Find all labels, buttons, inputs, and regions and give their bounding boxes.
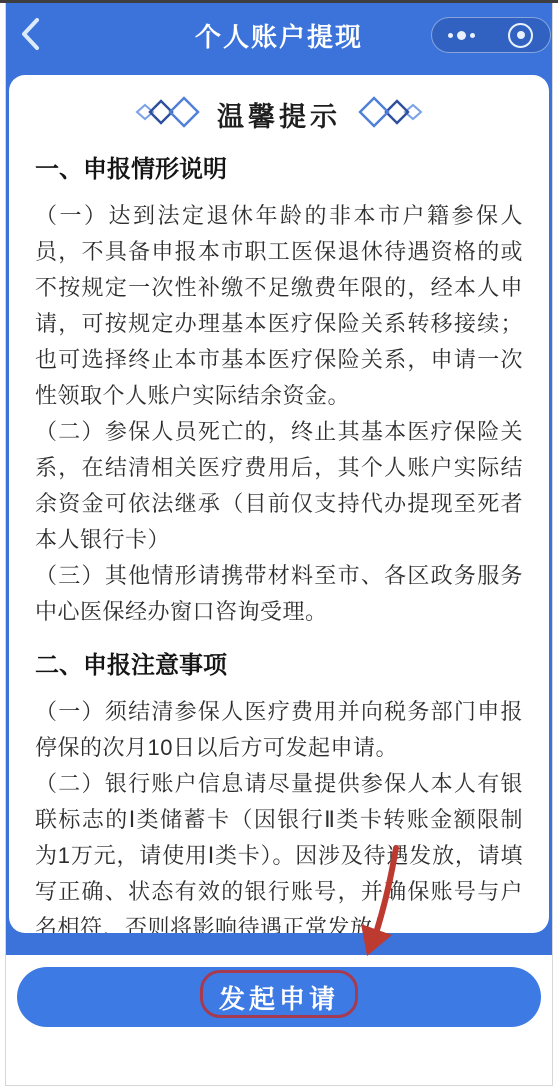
diamond-decoration-left-icon (135, 95, 203, 134)
section-declaration-cases: 一、申报情形说明 （一）达到法定退休年龄的非本市户籍参保人员，不具备申报本市职工… (35, 156, 523, 630)
section-heading: 二、申报注意事项 (35, 652, 523, 680)
notice-card: 温馨提示 一、申报情形说明 （一）达到法定退休年龄的非本市户籍参 (9, 75, 549, 933)
nav-bar: 个人账户提现 (6, 3, 552, 67)
miniprogram-screen: 个人账户提现 (0, 0, 558, 1086)
card-title: 温馨提示 (217, 95, 341, 134)
paragraph: （一）须结清参保人医疗费用并向税务部门申报停保的次月10日以后方可发起申请。 (35, 694, 523, 766)
page-frame: 个人账户提现 (5, 3, 553, 1086)
diamond-decoration-right-icon (355, 95, 423, 134)
footer-bar: 发起申请 (6, 955, 552, 1085)
back-button[interactable] (10, 13, 50, 57)
miniprogram-capsule (431, 17, 551, 53)
page-background: 个人账户提现 (6, 3, 552, 955)
chevron-left-icon (19, 16, 41, 55)
exit-circle-icon (508, 23, 533, 48)
more-options-button[interactable] (432, 18, 491, 52)
more-dots-icon (448, 31, 475, 40)
submit-application-button[interactable]: 发起申请 (17, 967, 541, 1027)
section-heading: 一、申报情形说明 (35, 156, 523, 184)
paragraph: （二）参保人员死亡的，终止其基本医疗保险关系，在结清相关医疗费用后，其个人账户实… (35, 414, 523, 558)
paragraph: （二）银行账户信息请尽量提供参保人本人有银联标志的Ⅰ类储蓄卡（因银行Ⅱ类卡转账金… (35, 766, 523, 933)
paragraph: （三）其他情形请携带材料至市、各区政务服务中心医保经办窗口咨询受理。 (35, 558, 523, 630)
section-declaration-notes: 二、申报注意事项 （一）须结清参保人医疗费用并向税务部门申报停保的次月10日以后… (35, 652, 523, 933)
card-title-row: 温馨提示 (35, 95, 523, 134)
paragraph: （一）达到法定退休年龄的非本市户籍参保人员，不具备申报本市职工医保退休待遇资格的… (35, 198, 523, 414)
exit-miniprogram-button[interactable] (491, 18, 550, 52)
